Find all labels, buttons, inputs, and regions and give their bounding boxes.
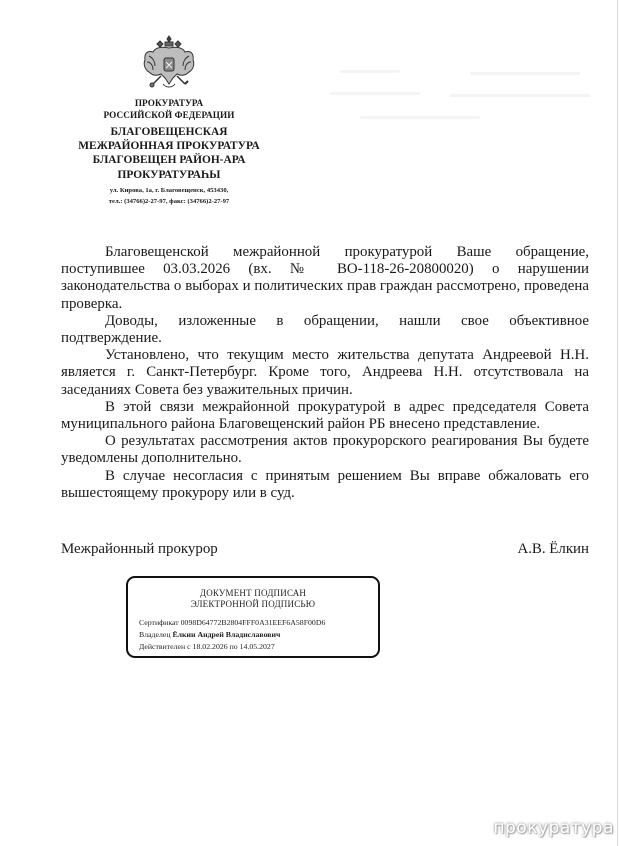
body-paragraph: Благовещенской межрайонной прокуратурой … [61,244,589,313]
letter-body: Благовещенской межрайонной прокуратурой … [61,244,589,502]
certificate-value: 0098D64772B2804FFF0A31EEF6A58F00D6 [181,618,326,627]
office-name: БЛАГОВЕЩЕНСКАЯ МЕЖРАЙОННАЯ ПРОКУРАТУРА Б… [62,125,276,182]
org-name-line1: ПРОКУРАТУРА [62,98,276,110]
stamp-heading-line1: ДОКУМЕНТ ПОДПИСАН [128,588,378,598]
office-address: ул. Кирова, 1а, г. Благовещенск, 453430, [62,186,276,196]
validity-to: 14.05.2027 [240,642,275,651]
body-paragraph: В этой связи межрайонной прокуратурой в … [61,399,589,433]
owner-value: Ёлкин Андрей Владиславович [172,630,280,639]
letterhead: ПРОКУРАТУРА РОССИЙСКОЙ ФЕДЕРАЦИИ БЛАГОВЕ… [62,32,276,207]
stamp-heading-line2: ЭЛЕКТРОННОЙ ПОДПИСЬЮ [128,599,378,609]
russian-coat-of-arms-icon [139,32,199,92]
signatory-title: Межрайонный прокурор [61,541,218,558]
watermark: прокуратура [493,818,614,838]
validity-from: 18.02.2026 [193,642,228,651]
certificate-label: Сертификат [139,618,179,627]
stamp-certificate: Сертификат 0098D64772B2804FFF0A31EEF6A58… [139,618,325,627]
validity-label: Действителен [139,642,185,651]
stamp-owner: Владелец Ёлкин Андрей Владиславович [139,630,280,639]
body-paragraph: Установлено, что текущим место жительств… [61,347,589,399]
office-phones: тел.: (34766)2-27-97, факс: (34766)2-27-… [62,197,276,207]
signatory-name: А.В. Ёлкин [517,541,589,558]
body-paragraph: В случае несогласия с принятым решением … [61,468,589,502]
office-name-line1: БЛАГОВЕЩЕНСКАЯ [62,125,276,139]
office-name-line2: МЕЖРАЙОННАЯ ПРОКУРАТУРА [62,139,276,153]
validity-from-prefix: с [187,642,190,651]
owner-label: Владелец [139,630,171,639]
stamp-validity: Действителен с 18.02.2026 по 14.05.2027 [139,642,275,651]
body-paragraph: Доводы, изложенные в обращении, нашли св… [61,313,589,347]
redacted-addressee-block [330,60,590,150]
office-name-line3: БЛАГОВЕЩЕН РАЙОН-АРА [62,153,276,167]
electronic-signature-stamp: ДОКУМЕНТ ПОДПИСАН ЭЛЕКТРОННОЙ ПОДПИСЬЮ С… [126,576,380,658]
validity-to-prefix: по [230,642,238,651]
page-edge [617,0,618,846]
org-name-line2: РОССИЙСКОЙ ФЕДЕРАЦИИ [62,110,276,122]
office-name-line4: ПРОКУРАТУРАҺЫ [62,168,276,182]
body-paragraph: О результатах рассмотрения актов прокуро… [61,433,589,467]
